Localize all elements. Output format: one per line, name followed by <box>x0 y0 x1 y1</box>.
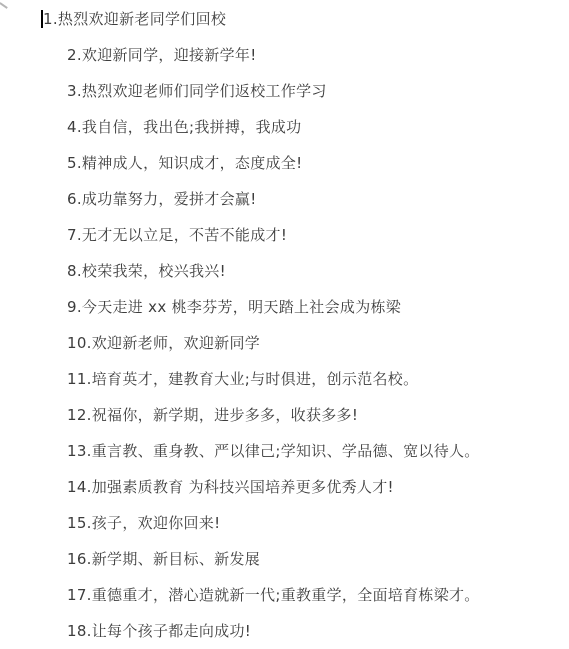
list-item[interactable]: 7.无才无以立足，不苦不能成才! <box>0 216 569 252</box>
list-item[interactable]: 12.祝福你，新学期，进步多多，收获多多! <box>0 396 569 432</box>
list-item[interactable]: 10.欢迎新老师，欢迎新同学 <box>0 324 569 360</box>
list-item[interactable]: 9.今天走进 xx 桃李芬芳，明天踏上社会成为栋梁 <box>0 288 569 324</box>
document-body: 1.热烈欢迎新老同学们回校 2.欢迎新同学，迎接新学年! 3.热烈欢迎老师们同学… <box>0 0 569 648</box>
list-item[interactable]: 14.加强素质教育 为科技兴国培养更多优秀人才! <box>0 468 569 504</box>
list-item[interactable]: 18.让每个孩子都走向成功! <box>0 612 569 648</box>
document-page: 1.热烈欢迎新老同学们回校 2.欢迎新同学，迎接新学年! 3.热烈欢迎老师们同学… <box>0 0 569 649</box>
list-item[interactable]: 4.我自信，我出色;我拼搏，我成功 <box>0 108 569 144</box>
list-item[interactable]: 8.校荣我荣，校兴我兴! <box>0 252 569 288</box>
list-item[interactable]: 15.孩子，欢迎你回来! <box>0 504 569 540</box>
list-item[interactable]: 6.成功靠努力，爱拼才会赢! <box>0 180 569 216</box>
list-item[interactable]: 13.重言教、重身教、严以律己;学知识、学品德、宽以待人。 <box>0 432 569 468</box>
list-item[interactable]: 17.重德重才，潜心造就新一代;重教重学，全面培育栋梁才。 <box>0 576 569 612</box>
list-item[interactable]: 2.欢迎新同学，迎接新学年! <box>0 36 569 72</box>
list-item[interactable]: 5.精神成人，知识成才，态度成全! <box>0 144 569 180</box>
list-item[interactable]: 1.热烈欢迎新老同学们回校 <box>0 0 569 36</box>
list-item[interactable]: 11.培育英才，建教育大业;与时俱进，创示范名校。 <box>0 360 569 396</box>
list-item[interactable]: 16.新学期、新目标、新发展 <box>0 540 569 576</box>
list-item[interactable]: 3.热烈欢迎老师们同学们返校工作学习 <box>0 72 569 108</box>
